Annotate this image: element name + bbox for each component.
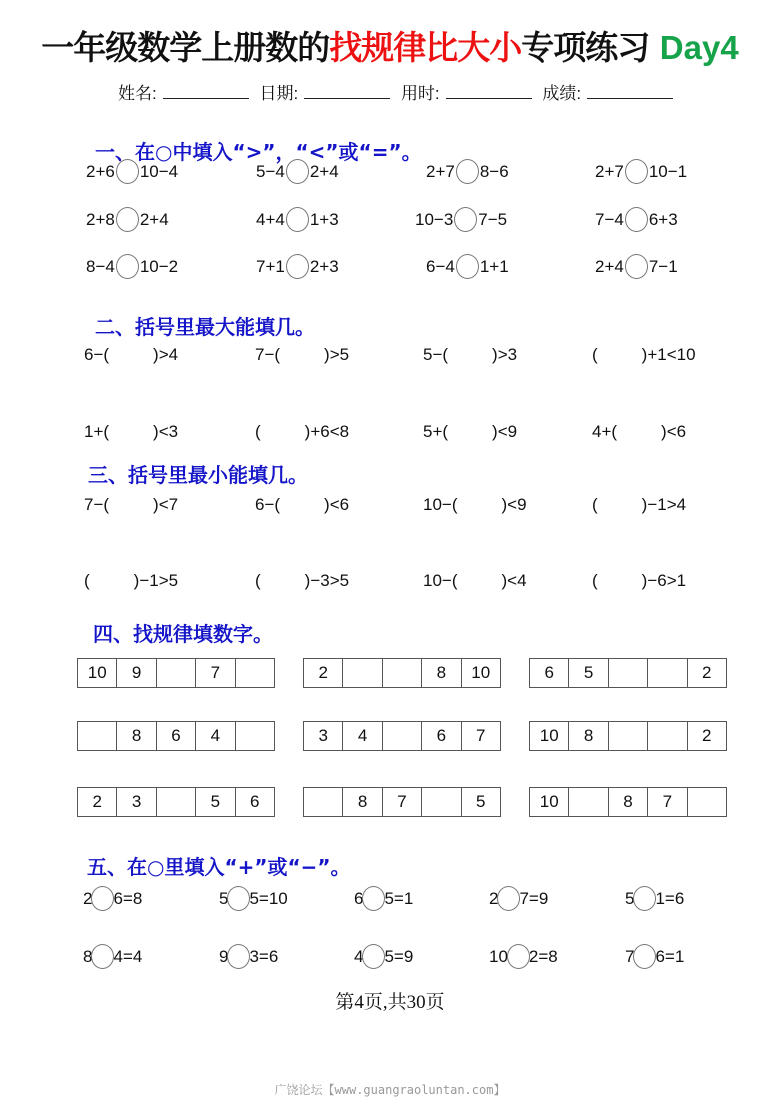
expression-suffix: )>5 [324,345,349,365]
expression-suffix: )<7 [153,495,178,515]
empty-cell[interactable] [609,722,648,750]
left-expression: 2+8 [86,210,115,230]
expression-suffix: )−3>5 [305,571,349,591]
operator-circle[interactable] [227,886,250,911]
expression-prefix: ( [592,345,598,365]
answer-circle[interactable] [456,159,479,184]
answer-circle[interactable] [454,207,477,232]
fill-blank-item: 7−()<7 [84,495,178,515]
empty-cell[interactable] [236,659,275,687]
number-sequence: 652 [529,658,727,688]
operator-circle[interactable] [91,944,114,969]
left-expression: 2+6 [86,162,115,182]
compare-item: 2+82+4 [86,207,169,232]
number-cell: 7 [462,722,501,750]
equation-rest: 1=6 [655,889,684,909]
operator-circle[interactable] [633,944,656,969]
number-cell: 8 [343,788,382,816]
info-fields: 姓名: 日期: 用时: 成绩: [118,79,679,104]
expression-suffix: )<3 [153,422,178,442]
empty-cell[interactable] [383,659,422,687]
date-label: 日期: [259,84,298,103]
compare-item: 6−41+1 [426,254,509,279]
fill-blank-item: ()−1>5 [84,571,178,591]
expression-suffix: )+6<8 [305,422,349,442]
empty-cell[interactable] [157,788,196,816]
number-sequence: 1082 [529,721,727,751]
operator-item: 65=1 [354,886,413,911]
operator-item: 93=6 [219,944,278,969]
section2-heading: 二、括号里最大能填几。 [95,311,315,340]
fill-blank-item: ()+1<10 [592,345,696,365]
expression-prefix: 7−( [84,495,109,515]
operator-item: 102=8 [489,944,558,969]
expression-prefix: 5+( [423,422,448,442]
fill-blank-item: 1+()<3 [84,422,178,442]
compare-item: 7−46+3 [595,207,678,232]
title-part3: 专项练习 [521,28,660,67]
operator-item: 26=8 [83,886,142,911]
answer-circle[interactable] [116,254,139,279]
compare-item: 2+710−1 [595,159,687,184]
operator-circle[interactable] [362,944,385,969]
answer-circle[interactable] [625,207,648,232]
operator-item: 76=1 [625,944,684,969]
right-expression: 7−1 [649,257,678,277]
empty-cell[interactable] [688,788,727,816]
operator-item: 55=10 [219,886,288,911]
left-expression: 6−4 [426,257,455,277]
empty-cell[interactable] [157,659,196,687]
number-cell: 2 [304,659,343,687]
number-cell: 8 [117,722,156,750]
number-cell: 5 [196,788,235,816]
number-cell: 7 [383,788,422,816]
expression-prefix: ( [255,422,261,442]
left-expression: 4+4 [256,210,285,230]
number-cell: 7 [196,659,235,687]
empty-cell[interactable] [343,659,382,687]
operator-item: 51=6 [625,886,684,911]
fill-blank-item: 6−()>4 [84,345,178,365]
fill-blank-item: 10−()<9 [423,495,527,515]
operator-circle[interactable] [507,944,530,969]
right-expression: 2+4 [140,210,169,230]
left-expression: 8−4 [86,257,115,277]
equation-rest: 3=6 [249,947,278,967]
number-cell: 8 [569,722,608,750]
number-cell: 10 [462,659,501,687]
answer-circle[interactable] [286,159,309,184]
expression-prefix: 6−( [255,495,280,515]
right-expression: 10−4 [140,162,178,182]
right-expression: 2+4 [310,162,339,182]
left-expression: 2+7 [595,162,624,182]
expression-suffix: )<6 [661,422,686,442]
operator-circle[interactable] [497,886,520,911]
left-expression: 7+1 [256,257,285,277]
number-cell: 2 [78,788,117,816]
expression-prefix: 1+( [84,422,109,442]
empty-cell[interactable] [236,722,275,750]
number-cell: 9 [117,659,156,687]
number-sequence: 1087 [529,787,727,817]
fill-blank-item: 10−()<4 [423,571,527,591]
number-cell: 4 [196,722,235,750]
equation-rest: 5=9 [384,947,413,967]
operator-circle[interactable] [633,886,656,911]
compare-item: 4+41+3 [256,207,339,232]
left-expression: 7−4 [595,210,624,230]
expression-suffix: )−6>1 [642,571,686,591]
expression-prefix: ( [255,571,261,591]
operator-circle[interactable] [362,886,385,911]
empty-cell[interactable] [78,722,117,750]
operator-item: 45=9 [354,944,413,969]
first-number: 10 [489,947,508,967]
name-label: 姓名: [118,84,157,103]
time-label: 用时: [401,84,440,103]
expression-prefix: 4+( [592,422,617,442]
empty-cell[interactable] [304,788,343,816]
answer-circle[interactable] [286,207,309,232]
empty-cell[interactable] [569,788,608,816]
expression-suffix: )<9 [492,422,517,442]
number-sequence: 3467 [303,721,501,751]
expression-suffix: )<4 [502,571,527,591]
section5-heading: 五、在○里填入“+”或“−”。 [87,851,351,880]
equation-rest: 2=8 [529,947,558,967]
expression-suffix: )+1<10 [642,345,696,365]
equation-rest: 6=8 [113,889,142,909]
title-topic: 找规律比大小 [329,28,521,67]
number-sequence: 875 [303,787,501,817]
worksheet-title: 一年级数学上册数的找规律比大小专项练习 Day4 [0,22,780,69]
equation-rest: 5=10 [249,889,287,909]
number-cell: 6 [422,722,461,750]
right-expression: 1+1 [480,257,509,277]
operator-circle[interactable] [91,886,114,911]
right-expression: 6+3 [649,210,678,230]
number-cell: 8 [609,788,648,816]
equation-rest: 7=9 [519,889,548,909]
empty-cell[interactable] [422,788,461,816]
answer-circle[interactable] [456,254,479,279]
expression-prefix: 6−( [84,345,109,365]
operator-item: 27=9 [489,886,548,911]
answer-circle[interactable] [116,159,139,184]
section3-heading: 三、括号里最小能填几。 [88,459,308,488]
left-expression: 2+7 [426,162,455,182]
answer-circle[interactable] [625,254,648,279]
fill-blank-item: 6−()<6 [255,495,349,515]
number-cell: 7 [648,788,687,816]
compare-item: 8−410−2 [86,254,178,279]
score-label: 成绩: [542,84,581,103]
time-blank[interactable] [446,84,532,99]
equation-rest: 4=4 [113,947,142,967]
expression-suffix: )<9 [502,495,527,515]
right-expression: 10−2 [140,257,178,277]
fill-blank-item: ()−1>4 [592,495,686,515]
number-cell: 5 [569,659,608,687]
compare-item: 2+47−1 [595,254,678,279]
empty-cell[interactable] [648,659,687,687]
compare-item: 5−42+4 [256,159,339,184]
expression-prefix: 10−( [423,495,458,515]
page-number: 第4页,共30页 [0,987,780,1014]
left-expression: 2+4 [595,257,624,277]
number-cell: 10 [530,722,569,750]
answer-circle[interactable] [116,207,139,232]
expression-prefix: ( [592,495,598,515]
answer-circle[interactable] [286,254,309,279]
score-blank[interactable] [587,84,673,99]
number-cell: 2 [688,659,727,687]
left-expression: 5−4 [256,162,285,182]
fill-blank-item: 5−()>3 [423,345,517,365]
number-cell: 3 [117,788,156,816]
expression-prefix: 7−( [255,345,280,365]
left-expression: 10−3 [415,210,453,230]
number-cell: 6 [530,659,569,687]
number-sequence: 864 [77,721,275,751]
right-expression: 2+3 [310,257,339,277]
number-cell: 10 [78,659,117,687]
compare-item: 2+78−6 [426,159,509,184]
section4-heading: 四、找规律填数字。 [93,618,273,647]
compare-item: 10−37−5 [415,207,507,232]
fill-blank-item: ()+6<8 [255,422,349,442]
operator-circle[interactable] [227,944,250,969]
empty-cell[interactable] [648,722,687,750]
number-cell: 6 [236,788,275,816]
number-sequence: 2810 [303,658,501,688]
title-day: Day4 [660,29,739,66]
name-blank[interactable] [163,84,249,99]
right-expression: 1+3 [310,210,339,230]
fill-blank-item: ()−6>1 [592,571,686,591]
operator-item: 84=4 [83,944,142,969]
number-cell: 5 [462,788,501,816]
expression-suffix: )−1>5 [134,571,178,591]
answer-circle[interactable] [625,159,648,184]
fill-blank-item: 4+()<6 [592,422,686,442]
compare-item: 7+12+3 [256,254,339,279]
title-part1: 一年级数学上册数的 [41,28,329,67]
empty-cell[interactable] [383,722,422,750]
date-blank[interactable] [304,84,390,99]
number-sequence: 1097 [77,658,275,688]
expression-suffix: )>3 [492,345,517,365]
right-expression: 10−1 [649,162,687,182]
number-cell: 4 [343,722,382,750]
number-cell: 10 [530,788,569,816]
equation-rest: 5=1 [384,889,413,909]
expression-prefix: ( [84,571,90,591]
expression-prefix: 5−( [423,345,448,365]
number-cell: 6 [157,722,196,750]
fill-blank-item: 7−()>5 [255,345,349,365]
right-expression: 7−5 [478,210,507,230]
equation-rest: 6=1 [655,947,684,967]
right-expression: 8−6 [480,162,509,182]
fill-blank-item: ()−3>5 [255,571,349,591]
watermark: 广饶论坛【www.guangraoluntan.com】 [0,1081,780,1098]
expression-prefix: ( [592,571,598,591]
empty-cell[interactable] [609,659,648,687]
expression-suffix: )<6 [324,495,349,515]
number-sequence: 2356 [77,787,275,817]
expression-suffix: )−1>4 [642,495,686,515]
number-cell: 3 [304,722,343,750]
compare-item: 2+610−4 [86,159,178,184]
number-cell: 2 [688,722,727,750]
expression-prefix: 10−( [423,571,458,591]
number-cell: 8 [422,659,461,687]
expression-suffix: )>4 [153,345,178,365]
fill-blank-item: 5+()<9 [423,422,517,442]
